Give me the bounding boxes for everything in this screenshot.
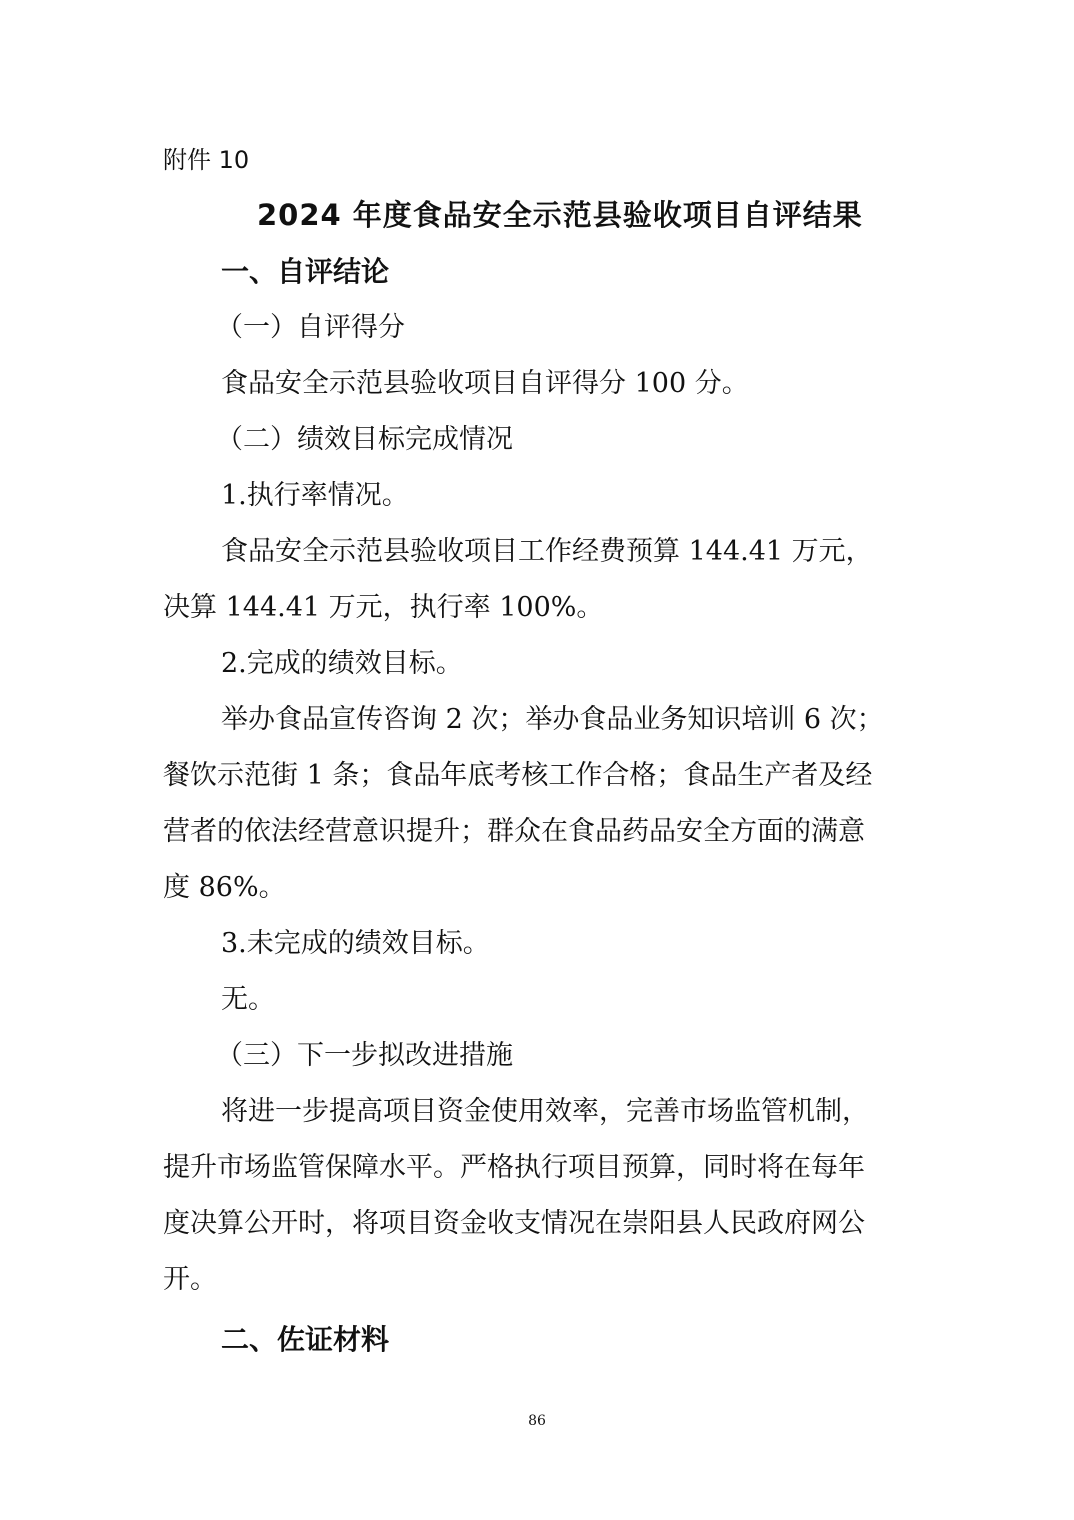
page-number: 86 — [0, 1413, 1074, 1429]
subheading-improvements: （三）下一步拟改进措施 — [216, 1038, 513, 1074]
subheading-goals: （二）绩效目标完成情况 — [216, 422, 513, 458]
paragraph-uncompleted: 无。 — [221, 982, 275, 1018]
paragraph-completed-line1: 举办食品宣传咨询 2 次；举办食品业务知识培训 6 次； — [221, 702, 884, 738]
paragraph-execution-line1: 食品安全示范县验收项目工作经费预算 144.41 万元， — [221, 534, 873, 570]
paragraph-improvements-line4: 开。 — [163, 1262, 217, 1298]
page-title: 2024 年度食品安全示范县验收项目自评结果 — [257, 197, 863, 233]
paragraph-improvements-line3: 度决算公开时，将项目资金收支情况在崇阳县人民政府网公 — [163, 1206, 865, 1242]
item-heading-execution-rate: 1.执行率情况。 — [221, 478, 409, 514]
paragraph-completed-line3: 营者的依法经营意识提升；群众在食品药品安全方面的满意 — [163, 814, 865, 850]
paragraph-improvements-line2: 提升市场监管保障水平。严格执行项目预算，同时将在每年 — [163, 1150, 865, 1186]
attachment-label: 附件 10 — [163, 142, 249, 178]
paragraph-execution-line2: 决算 144.41 万元，执行率 100%。 — [163, 590, 603, 626]
paragraph-improvements-line1: 将进一步提高项目资金使用效率，完善市场监管机制， — [221, 1094, 869, 1130]
paragraph-score: 食品安全示范县验收项目自评得分 100 分。 — [221, 366, 749, 402]
subheading-score: （一）自评得分 — [216, 310, 405, 346]
section-heading-evidence: 二、佐证材料 — [221, 1322, 389, 1358]
paragraph-completed-line2: 餐饮示范街 1 条；食品年底考核工作合格；食品生产者及经 — [163, 758, 872, 794]
item-heading-uncompleted-goals: 3.未完成的绩效目标。 — [221, 926, 490, 962]
section-heading-conclusion: 一、自评结论 — [221, 254, 389, 290]
item-heading-completed-goals: 2.完成的绩效目标。 — [221, 646, 463, 682]
paragraph-completed-line4: 度 86%。 — [163, 870, 286, 906]
